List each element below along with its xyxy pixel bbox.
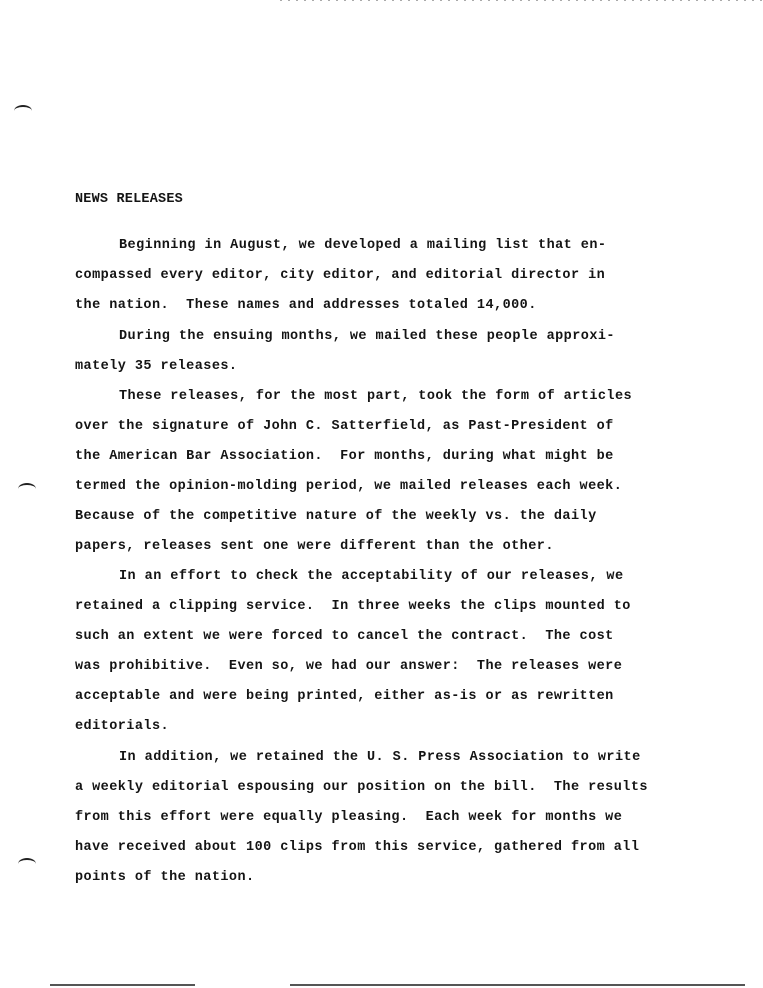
text-line: from this effort were equally pleasing. … — [75, 810, 622, 825]
text-line: termed the opinion-molding period, we ma… — [75, 479, 622, 494]
text-line: In an effort to check the acceptability … — [119, 569, 624, 584]
text-line: During the ensuing months, we mailed the… — [119, 329, 615, 344]
text-line: Beginning in August, we developed a mail… — [119, 238, 606, 253]
text-line: papers, releases sent one were different… — [75, 539, 554, 554]
scan-edge-dots — [280, 0, 763, 1]
text-line: retained a clipping service. In three we… — [75, 599, 631, 614]
text-line: These releases, for the most part, took … — [119, 389, 632, 404]
hole-punch-mark-bottom — [18, 858, 36, 870]
text-line: Because of the competitive nature of the… — [75, 509, 597, 524]
text-line: points of the nation. — [75, 870, 255, 885]
text-line: In addition, we retained the U. S. Press… — [119, 750, 641, 765]
section-heading: NEWS RELEASES — [75, 192, 183, 207]
text-line: mately 35 releases. — [75, 359, 237, 374]
scan-bottom-edge-right — [290, 984, 745, 986]
text-line: such an extent we were forced to cancel … — [75, 629, 614, 644]
text-line: a weekly editorial espousing our positio… — [75, 780, 648, 795]
text-line: compassed every editor, city editor, and… — [75, 268, 605, 283]
text-line: the nation. These names and addresses to… — [75, 298, 537, 313]
text-line: over the signature of John C. Satterfiel… — [75, 419, 614, 434]
text-line: editorials. — [75, 719, 169, 734]
text-line: have received about 100 clips from this … — [75, 840, 639, 855]
hole-punch-mark-middle — [18, 483, 36, 495]
text-line: acceptable and were being printed, eithe… — [75, 689, 614, 704]
hole-punch-mark-top — [14, 105, 32, 117]
text-line: the American Bar Association. For months… — [75, 449, 614, 464]
text-line: was prohibitive. Even so, we had our ans… — [75, 659, 622, 674]
scan-bottom-edge-left — [50, 984, 195, 986]
